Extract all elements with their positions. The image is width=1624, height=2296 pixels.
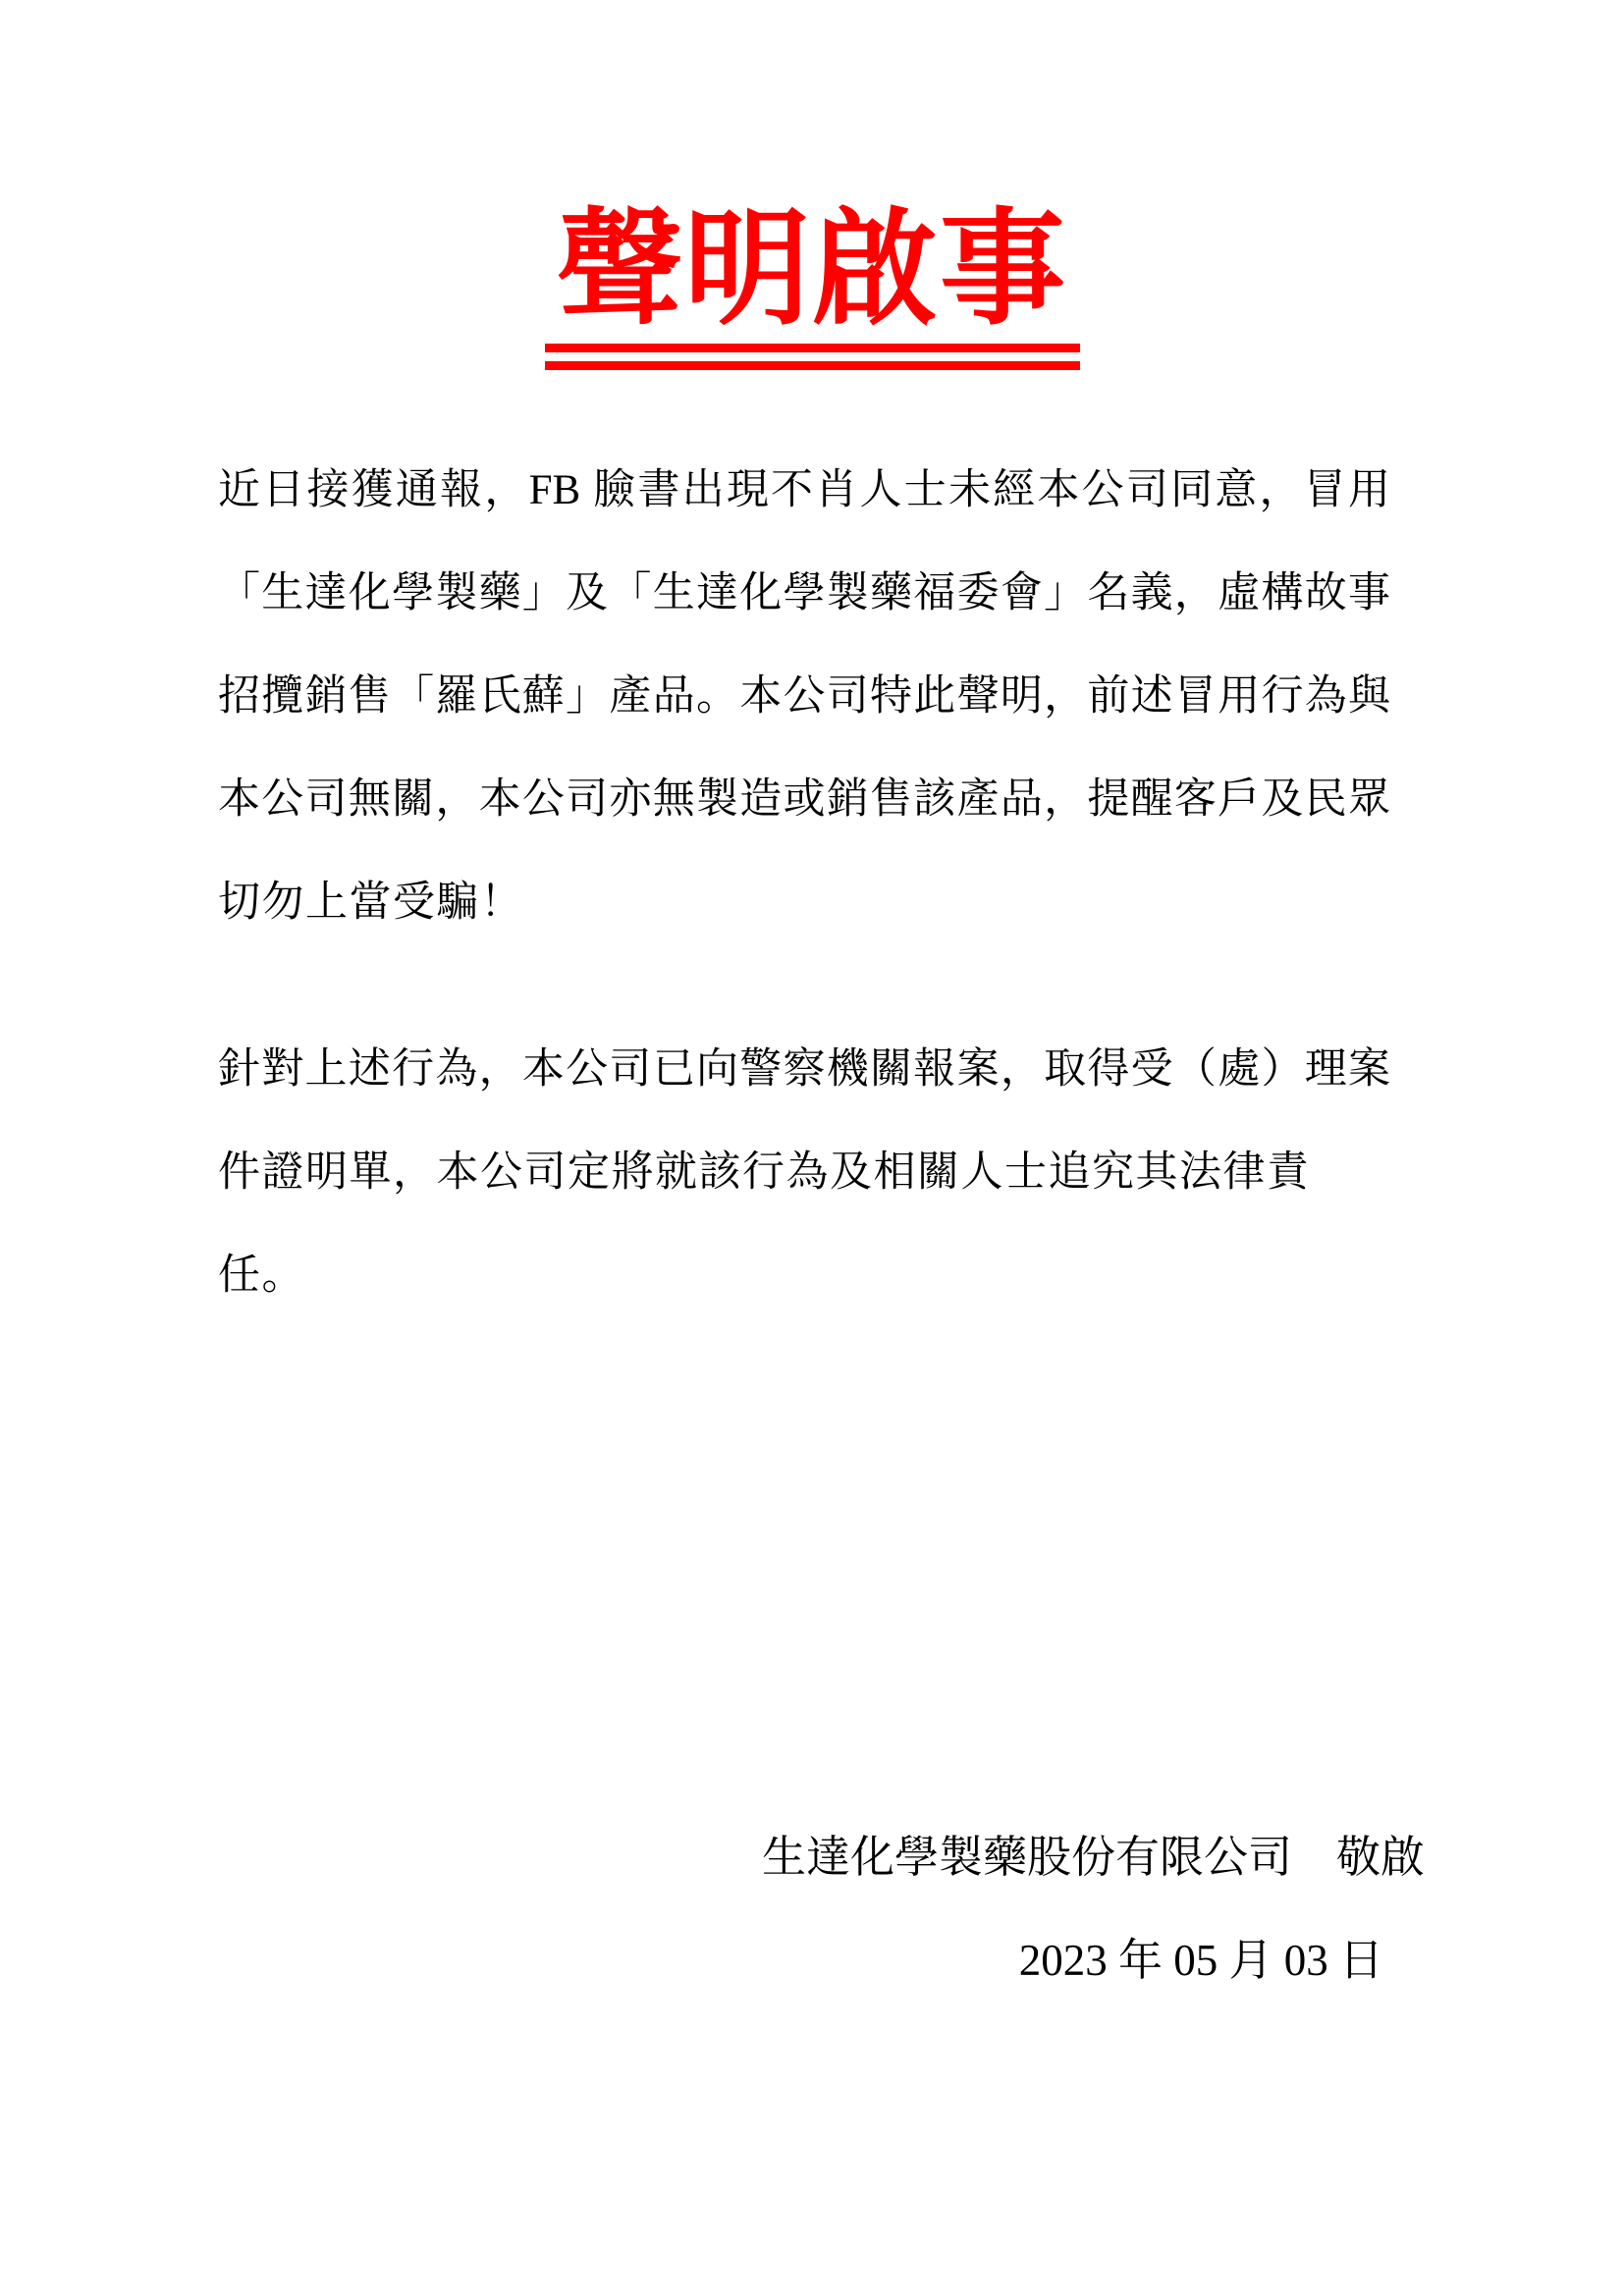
body-line-6: 針對上述行為，本公司已向警察機關報案，取得受（處）理案 bbox=[218, 1018, 1390, 1121]
body-line-4: 本公司無關，本公司亦無製造或銷售該產品，提醒客戶及民眾 bbox=[218, 748, 1390, 851]
body-line-1: 近日接獲通報，FB 臉書出現不肖人士未經本公司同意，冒用 bbox=[218, 439, 1390, 542]
document-body: 近日接獲通報，FB 臉書出現不肖人士未經本公司同意，冒用 「生達化學製藥」及「生… bbox=[218, 439, 1390, 1327]
body-line-5: 切勿上當受騙！ bbox=[218, 851, 1390, 954]
title-underline bbox=[545, 344, 1080, 370]
document-title-block: 聲明啟事 bbox=[0, 0, 1624, 370]
document-page: 聲明啟事 近日接獲通報，FB 臉書出現不肖人士未經本公司同意，冒用 「生達化學製… bbox=[0, 0, 1624, 2296]
document-title: 聲明啟事 bbox=[0, 204, 1624, 336]
body-line-7: 件證明單，本公司定將就該行為及相關人士追究其法律責任。 bbox=[218, 1121, 1390, 1327]
signature-line: 生達化學製藥股份有限公司 敬啟 bbox=[0, 1806, 1624, 1909]
date-line: 2023 年 05 月 03 日 bbox=[0, 1909, 1624, 2012]
body-line-2: 「生達化學製藥」及「生達化學製藥福委會」名義，虛構故事 bbox=[218, 542, 1390, 645]
title-underline-bar-top bbox=[545, 344, 1080, 352]
title-underline-bar-bottom bbox=[545, 361, 1080, 370]
body-line-3: 招攬銷售「羅氏蘚」產品。本公司特此聲明，前述冒用行為與 bbox=[218, 645, 1390, 748]
